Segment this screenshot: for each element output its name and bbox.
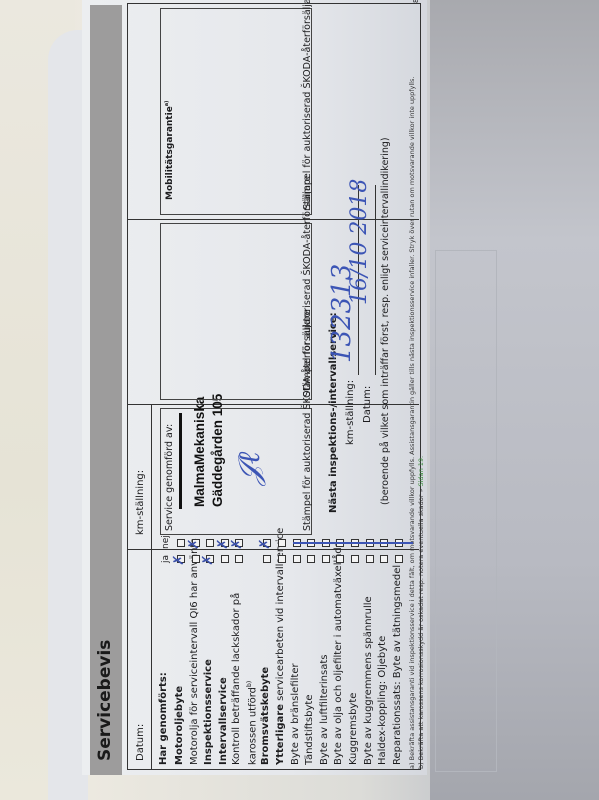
check-mark-icon: ✗ [187, 538, 201, 550]
title-bar: Servicebevis [90, 5, 122, 775]
service-certificate-page: Servicebevis Datum: km-ställning: Har ge… [82, 0, 427, 775]
checkbox-nej[interactable] [206, 539, 214, 547]
next-km-label: km-ställning: [345, 380, 356, 445]
checkbox-ja[interactable] [336, 555, 344, 563]
footnote-a: a) Bekräfta assistansgaranti vid inspekt… [408, 77, 416, 769]
service-item-row: Kontroll beträffande lackskador på karos… [231, 550, 259, 765]
col-nej: nej [161, 535, 171, 549]
stamp-redaction-bar [179, 413, 182, 509]
datum-label: Datum: [135, 724, 146, 761]
checkbox-ja[interactable] [322, 555, 330, 563]
check-mark-icon: ✗ [230, 538, 244, 550]
next-date-label: Datum: [362, 386, 373, 423]
stamp-line-1: MalmaMekaniska [192, 397, 207, 507]
mobility-caption: Stämpel för auktoriserad ŠKODA-återförsä… [302, 0, 313, 210]
adjacent-page [430, 0, 599, 800]
km-label: km-ställning: [135, 470, 146, 535]
page-19-link[interactable]: Sidan 19. [417, 456, 425, 487]
checkbox-nej[interactable] [278, 539, 286, 547]
ghost-form-box [435, 250, 497, 772]
performed-header: Har genomförts: [158, 672, 169, 765]
next-service-note: (beroende på vilket som inträffar först,… [380, 137, 391, 505]
page-title: Servicebevis [95, 640, 115, 761]
strike-line [293, 543, 414, 545]
page-marker: 8 [412, 0, 420, 3]
checkbox-ja[interactable] [263, 555, 271, 563]
checkbox-nej[interactable] [177, 539, 185, 547]
check-mark-icon: ✗ [172, 554, 186, 566]
checkbox-ja[interactable] [235, 555, 243, 563]
check-mark-icon: ✗ [258, 538, 272, 550]
stamp-line-2: Gäddegården 105 [210, 394, 225, 507]
service-by-label: Service genomförd av: [164, 424, 175, 531]
checkbox-ja[interactable] [278, 555, 286, 563]
next-date-value: 16/10 2018 [347, 179, 372, 305]
checkbox-ja[interactable] [351, 555, 359, 563]
header-divider [151, 405, 152, 770]
section-divider [127, 404, 419, 405]
mobility-box [160, 8, 312, 215]
checkbox-ja[interactable] [307, 555, 315, 563]
check-mark-icon: ✗ [201, 554, 215, 566]
checkbox-ja[interactable] [221, 555, 229, 563]
checkbox-ja[interactable] [380, 555, 388, 563]
checkbox-ja[interactable] [395, 555, 403, 563]
checkbox-ja[interactable] [192, 555, 200, 563]
next-date-line [375, 185, 376, 375]
dealer-stamp-box [160, 223, 312, 400]
footnote-b: b) Bekräfta att karossens korrosionsskyd… [417, 456, 425, 769]
checkbox-ja[interactable] [366, 555, 374, 563]
col-ja: ja [161, 555, 171, 563]
checkbox-ja[interactable] [293, 555, 301, 563]
mobility-title: Mobilitätsgarantiea) [164, 101, 175, 200]
signature: 𝒥ℓ [232, 452, 267, 485]
check-mark-icon: ✗ [216, 538, 230, 550]
